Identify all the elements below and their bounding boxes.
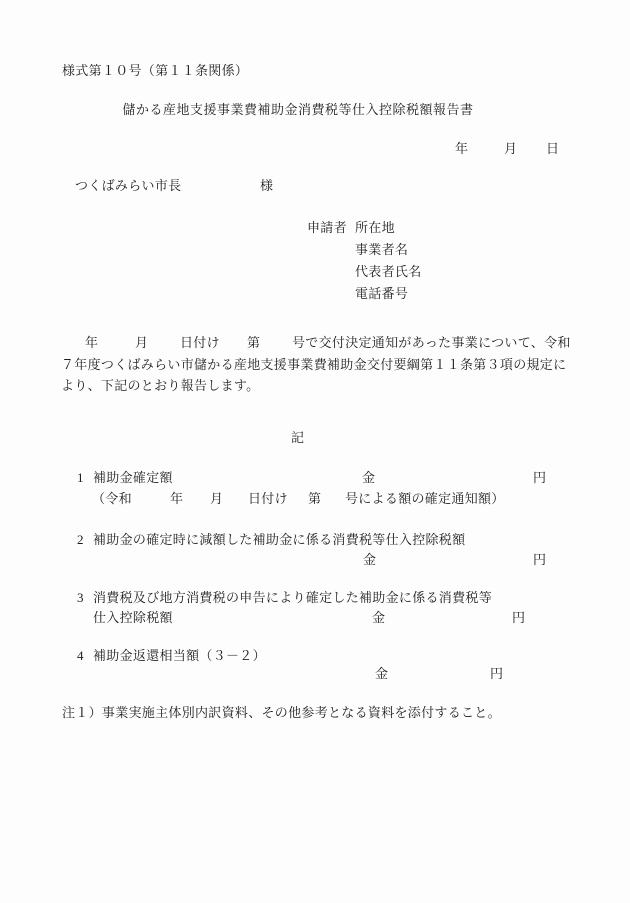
item2-amount-suffix: 円 bbox=[533, 553, 546, 567]
applicant-representative-label: 代表者氏名 bbox=[355, 265, 422, 279]
item1-sub-year: 年 bbox=[170, 492, 183, 506]
footnote: 注１）事業実施主体別内訳資料、その他参考となる資料を添付すること。 bbox=[62, 706, 501, 720]
ki-heading: 記 bbox=[291, 431, 304, 445]
item2-number: 2 bbox=[77, 533, 84, 547]
body-line1-day: 日付け bbox=[180, 336, 220, 350]
date-year-label: 年 bbox=[455, 142, 468, 156]
item1-sub-day: 日付け bbox=[248, 492, 288, 506]
item2-label: 補助金の確定時に減額した補助金に係る消費税等仕入控除税額 bbox=[93, 533, 465, 547]
date-month-label: 月 bbox=[504, 142, 517, 156]
item1-sub-rest: 号による額の確定通知額） bbox=[345, 492, 505, 506]
addressee-honorific: 様 bbox=[260, 179, 273, 193]
item3-number: 3 bbox=[77, 591, 84, 605]
item2-amount-prefix: 金 bbox=[363, 553, 376, 567]
applicant-address-label: 所在地 bbox=[355, 221, 395, 235]
item1-sub-open: （令和 bbox=[92, 492, 132, 506]
body-line1-year: 年 bbox=[85, 336, 98, 350]
item3-amount-suffix: 円 bbox=[512, 611, 525, 625]
item3-label: 消費税及び地方消費税の申告により確定した補助金に係る消費税等 bbox=[93, 591, 492, 605]
item1-number: 1 bbox=[77, 471, 84, 485]
item1-sub-dai: 第 bbox=[308, 492, 321, 506]
item4-number: 4 bbox=[77, 649, 84, 663]
item1-label: 補助金確定額 bbox=[93, 471, 173, 485]
item1-amount-suffix: 円 bbox=[533, 471, 546, 485]
item4-amount-prefix: 金 bbox=[375, 667, 388, 681]
form-number: 様式第１０号（第１１条関係） bbox=[62, 64, 248, 78]
item3-label2: 仕入控除税額 bbox=[93, 611, 173, 625]
item1-sub-month: 月 bbox=[210, 492, 223, 506]
item1-amount-prefix: 金 bbox=[362, 471, 375, 485]
applicant-label: 申請者 bbox=[307, 221, 347, 235]
item4-amount-suffix: 円 bbox=[490, 667, 503, 681]
date-day-label: 日 bbox=[546, 142, 559, 156]
applicant-phone-label: 電話番号 bbox=[355, 287, 408, 301]
body-line3: より、下記のとおり報告します。 bbox=[61, 379, 259, 393]
item3-amount-prefix: 金 bbox=[372, 611, 385, 625]
item4-label: 補助金返還相当額（３－２） bbox=[93, 649, 266, 663]
document-page: 様式第１０号（第１１条関係） 儲かる産地支援事業費補助金消費税等仕入控除税額報告… bbox=[0, 0, 630, 903]
document-title: 儲かる産地支援事業費補助金消費税等仕入控除税額報告書 bbox=[0, 103, 596, 117]
body-line2: ７年度つくばみらい市儲かる産地支援事業費補助金交付要綱第１１条第３項の規定に bbox=[61, 358, 566, 372]
body-line1-month: 月 bbox=[135, 336, 148, 350]
body-line1-dai: 第 bbox=[247, 336, 260, 350]
addressee-name: つくばみらい市長 bbox=[75, 179, 181, 193]
body-line1-rest: 号で交付決定通知があった事業について、令和 bbox=[292, 336, 571, 350]
applicant-business-name-label: 事業者名 bbox=[355, 243, 408, 257]
